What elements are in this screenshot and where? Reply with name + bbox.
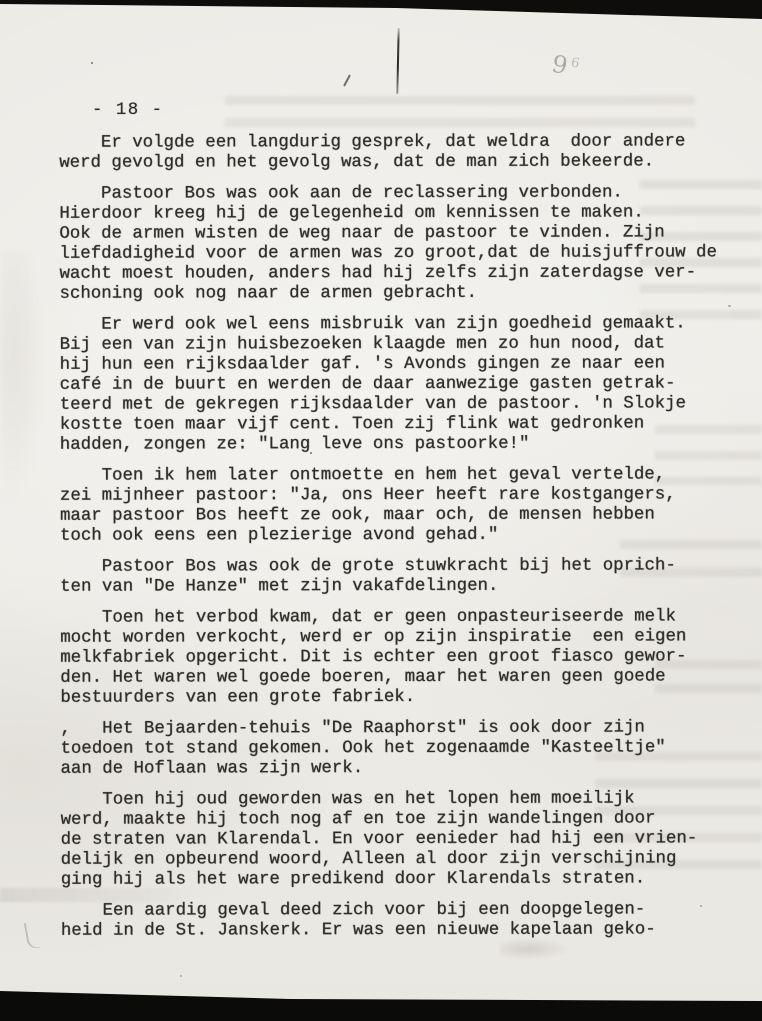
paragraph-4: Toen ik hem later ontmoette en hem het g…	[60, 465, 740, 546]
scanned-document-page: 96 - 18 - Er volgde een langdurig gespre…	[0, 0, 762, 1021]
pen-mark-vertical	[396, 28, 399, 94]
pencil-mark-sup: 6	[570, 55, 581, 71]
body-text: Er volgde een langdurig gesprek, dat wel…	[59, 132, 741, 952]
dust-speck	[700, 905, 702, 907]
paragraph-9: Een aardig geval deed zich voor bij een …	[61, 900, 741, 941]
bleed-through-smudge	[0, 250, 46, 510]
pencil-mark: 96	[549, 50, 581, 83]
dust-speck	[728, 305, 731, 307]
dust-speck	[310, 452, 312, 454]
page-number: - 18 -	[92, 101, 164, 121]
bleed-through-smudge	[225, 96, 695, 130]
paragraph-6: Toen het verbod kwam, dat er geen onpast…	[60, 607, 740, 708]
paragraph-5: Pastoor Bos was ook de grote stuwkracht …	[60, 556, 740, 597]
paragraph-1: Er volgde een langdurig gesprek, dat wel…	[59, 132, 739, 173]
paragraph-7: , Het Bejaarden-tehuis "De Raaphorst" is…	[60, 718, 740, 779]
paragraph-3: Er werd ook wel eens misbruik van zijn g…	[60, 314, 740, 455]
pencil-squiggle	[24, 921, 41, 950]
pencil-mark-main: 9	[549, 50, 570, 81]
pen-tick-mark	[343, 74, 351, 86]
dust-speck	[180, 975, 182, 977]
scan-edge-top	[0, 0, 762, 20]
dust-speck	[91, 62, 93, 64]
paragraph-8: Toen hij oud geworden was en het lopen h…	[61, 789, 741, 890]
paragraph-2: Pastoor Bos was ook aan de reclassering …	[59, 183, 739, 304]
